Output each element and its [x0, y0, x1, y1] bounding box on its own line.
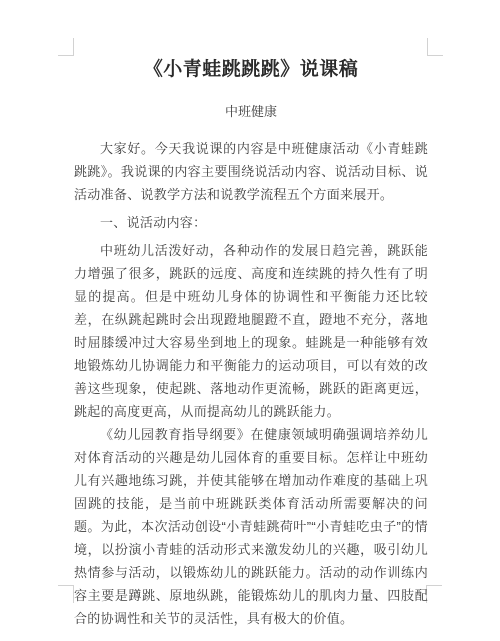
document-subtitle: 中班健康 — [74, 103, 428, 121]
document-title: 《小青蛙跳跳跳》说课稿 — [74, 57, 428, 83]
document-content: 《小青蛙跳跳跳》说课稿 中班健康 大家好。今天我说课的内容是中班健康活动《小青蛙… — [74, 0, 428, 630]
crop-mark-top-right — [427, 38, 443, 56]
paragraph-education-guideline: 《幼儿园教育指导纲要》在健康领域明确强调培养幼儿对体育活动的兴趣是幼儿园体育的重… — [74, 423, 428, 630]
document-page: 《小青蛙跳跳跳》说课稿 中班健康 大家好。今天我说课的内容是中班健康活动《小青蛙… — [0, 0, 500, 641]
section-heading-activity-content: 一、说活动内容： — [74, 211, 428, 234]
intro-paragraph: 大家好。今天我说课的内容是中班健康活动《小青蛙跳跳跳》。我说课的内容主要围绕说活… — [74, 137, 428, 206]
crop-mark-bottom-left — [58, 585, 74, 603]
crop-mark-top-left — [58, 38, 74, 56]
crop-mark-bottom-right — [426, 585, 442, 603]
paragraph-child-development: 中班幼儿活泼好动，各种动作的发展日趋完善，跳跃能力增强了很多，跳跃的远度、高度和… — [74, 239, 428, 423]
